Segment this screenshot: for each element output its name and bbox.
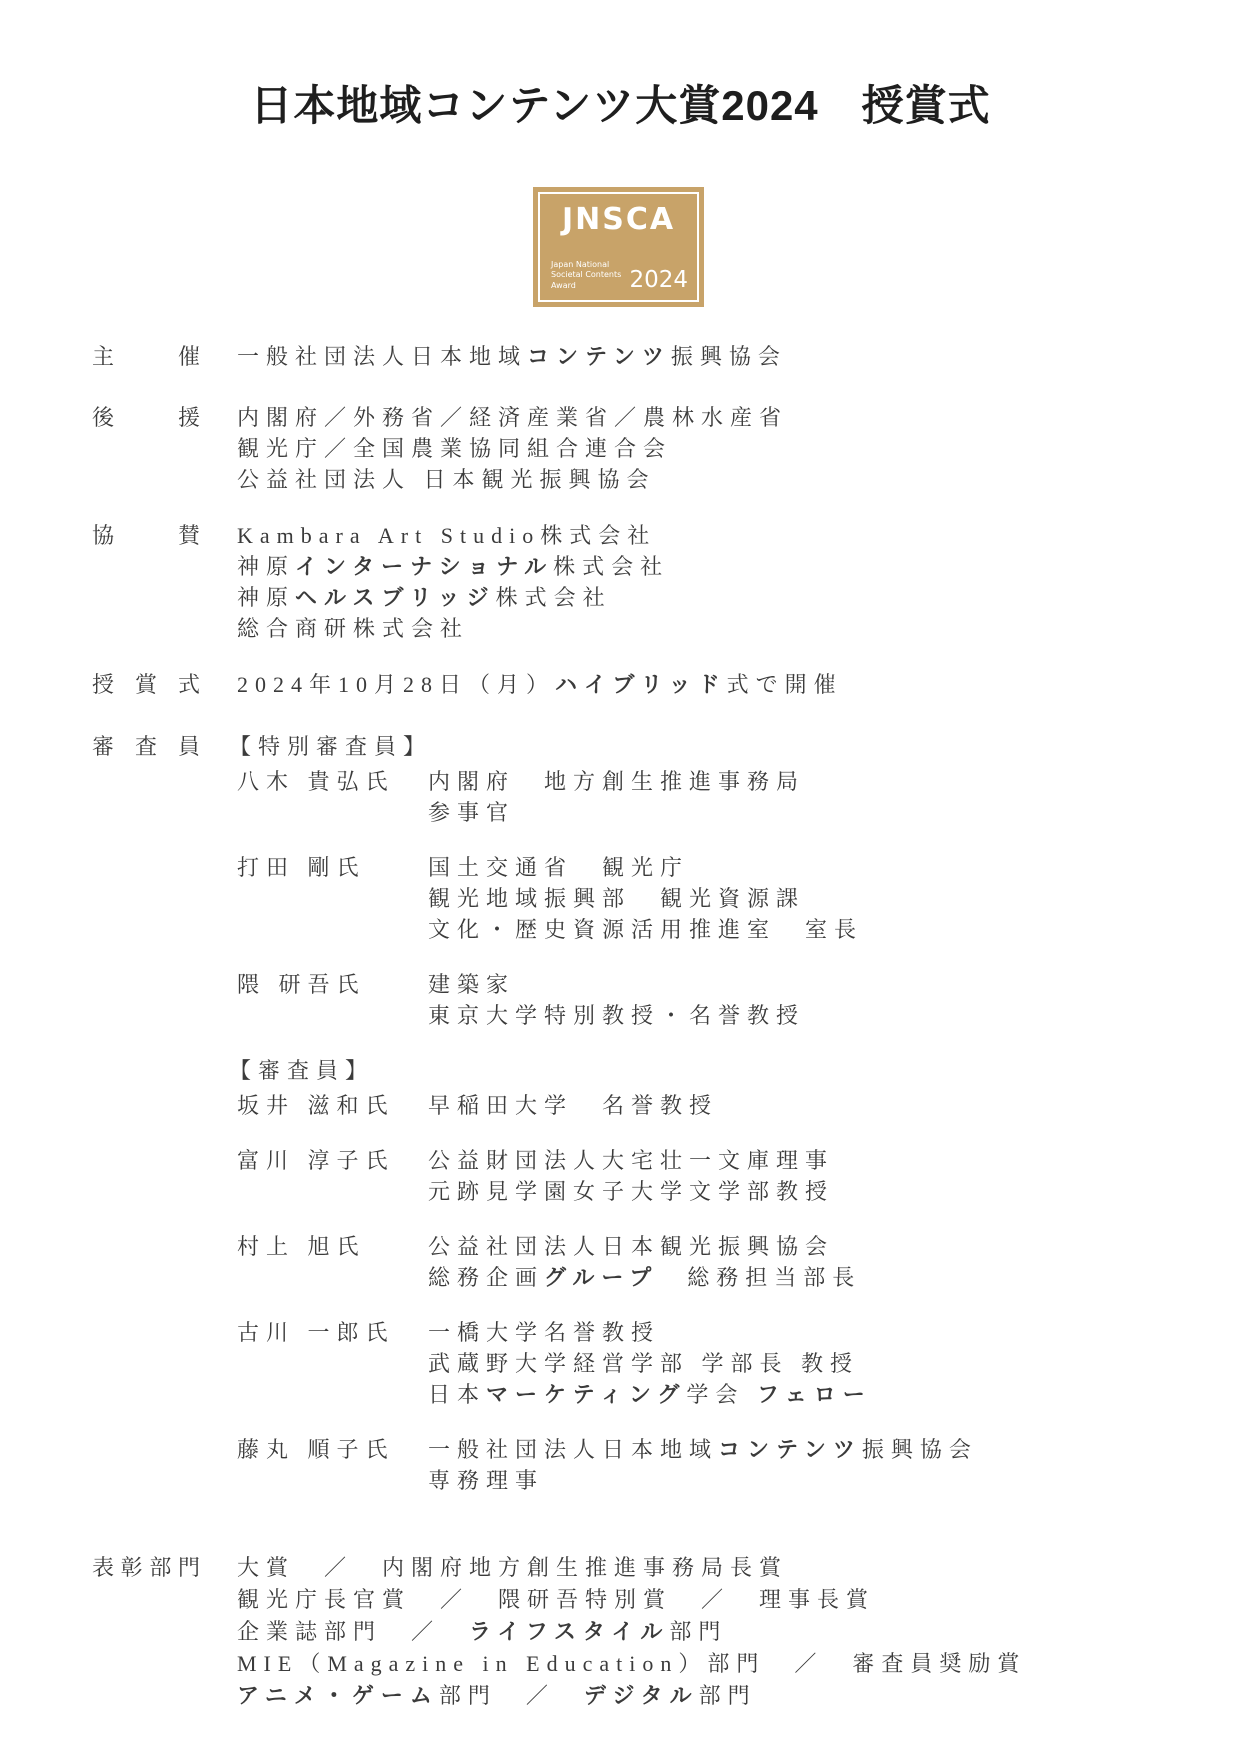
judge-name: 打田 剛氏 [237, 852, 428, 945]
supporters-line: 観光庁／全国農業協同組合連合会 [237, 433, 788, 464]
organizer-content: 一般社団法人日本地域コンテンツ振興協会 [237, 341, 787, 372]
judge-entry: 村上 旭氏 公益社団法人日本観光振興協会 総務企画グループ 総務担当部長 [237, 1231, 978, 1293]
judge-role: 元跡見学園女子大学文学部教授 [428, 1176, 834, 1207]
section-sponsors: 協 賛 Kambara Art Studio株式会社 神原インターナショナル株式… [92, 520, 669, 644]
judge-roles: 公益財団法人大宅壮一文庫理事 元跡見学園女子大学文学部教授 [428, 1145, 834, 1207]
judge-role: 公益社団法人日本観光振興協会 [428, 1231, 861, 1262]
judge-entry: 坂井 滋和氏 早稲田大学 名誉教授 [237, 1090, 978, 1121]
judges-label: 審 査 員 [92, 731, 200, 762]
judge-role: 一橋大学名誉教授 [428, 1317, 872, 1348]
categories-content: 大賞 ／ 内閣府地方創生推進事務局長賞 観光庁長官賞 ／ 隈研吾特別賞 ／ 理事… [237, 1552, 1026, 1712]
label-char: 賞 [135, 669, 157, 700]
judge-entry: 古川 一郎氏 一橋大学名誉教授 武蔵野大学経営学部 学部長 教授 日本マーケティ… [237, 1317, 978, 1410]
special-judges-header: 【特別審査員】 [229, 731, 978, 762]
supporters-label: 後 援 [92, 402, 200, 433]
judge-name: 村上 旭氏 [237, 1231, 428, 1293]
sponsors-line: 神原ヘルスブリッジ株式会社 [237, 582, 669, 613]
judge-roles: 公益社団法人日本観光振興協会 総務企画グループ 総務担当部長 [428, 1231, 861, 1293]
document-page: 日本地域コンテンツ大賞2024 授賞式 JNSCA Japan National… [0, 0, 1241, 1755]
judge-roles: 内閣府 地方創生推進事務局 参事官 [428, 766, 805, 828]
sponsors-line: Kambara Art Studio株式会社 [237, 520, 669, 551]
jnsca-logo: JNSCA Japan National Societal Contents A… [533, 187, 704, 307]
judge-role: 建築家 [428, 969, 805, 1000]
judge-role: 観光地域振興部 観光資源課 [428, 883, 863, 914]
ceremony-line: 2024年10月28日（月）ハイブリッド式で開催 [237, 669, 843, 700]
label-char: 彰 [121, 1552, 143, 1583]
judge-role: 内閣府 地方創生推進事務局 [428, 766, 805, 797]
section-supporters: 後 援 内閣府／外務省／経済産業省／農林水産省 観光庁／全国農業協同組合連合会 … [92, 402, 788, 495]
judge-role: 専務理事 [428, 1465, 978, 1496]
sponsors-content: Kambara Art Studio株式会社 神原インターナショナル株式会社 神… [237, 520, 669, 644]
judge-entry: 八木 貴弘氏 内閣府 地方創生推進事務局 参事官 [237, 766, 978, 828]
judge-name: 隈 研吾氏 [237, 969, 428, 1031]
judge-role: 公益財団法人大宅壮一文庫理事 [428, 1145, 834, 1176]
judge-roles: 建築家 東京大学特別教授・名誉教授 [428, 969, 805, 1031]
judges-content: 【特別審査員】 八木 貴弘氏 内閣府 地方創生推進事務局 参事官 打田 剛氏 国… [237, 731, 978, 1496]
logo-acronym: JNSCA [562, 205, 675, 235]
judge-entry: 打田 剛氏 国土交通省 観光庁 観光地域振興部 観光資源課 文化・歴史資源活用推… [237, 852, 978, 945]
judge-name: 八木 貴弘氏 [237, 766, 428, 828]
label-char: 式 [178, 669, 200, 700]
judge-name: 富川 淳子氏 [237, 1145, 428, 1207]
judge-entry: 藤丸 順子氏 一般社団法人日本地域コンテンツ振興協会 専務理事 [237, 1434, 978, 1496]
organizer-line: 一般社団法人日本地域コンテンツ振興協会 [237, 341, 787, 372]
organizer-label: 主 催 [92, 341, 200, 372]
judge-role: 文化・歴史資源活用推進室 室長 [428, 914, 863, 945]
judge-roles: 国土交通省 観光庁 観光地域振興部 観光資源課 文化・歴史資源活用推進室 室長 [428, 852, 863, 945]
judge-role: 総務企画グループ 総務担当部長 [428, 1262, 861, 1293]
logo-subtitle-line1: Japan National [551, 260, 629, 271]
label-char: 催 [178, 341, 200, 372]
judge-entry: 隈 研吾氏 建築家 東京大学特別教授・名誉教授 [237, 969, 978, 1031]
sponsors-label: 協 賛 [92, 520, 200, 551]
sponsors-line: 総合商研株式会社 [237, 613, 669, 644]
supporters-line: 内閣府／外務省／経済産業省／農林水産省 [237, 402, 788, 433]
judge-entry: 富川 淳子氏 公益財団法人大宅壮一文庫理事 元跡見学園女子大学文学部教授 [237, 1145, 978, 1207]
logo-border: JNSCA Japan National Societal Contents A… [538, 192, 699, 302]
category-line: MIE（Magazine in Education）部門 ／ 審査員奨励賞 [237, 1648, 1026, 1680]
ceremony-content: 2024年10月28日（月）ハイブリッド式で開催 [237, 669, 843, 700]
category-line: 企業誌部門 ／ ライフスタイル部門 [237, 1616, 1026, 1648]
logo-subtitle-line2: Societal Contents Award [551, 270, 629, 292]
judge-name: 古川 一郎氏 [237, 1317, 428, 1410]
section-judges: 審 査 員 【特別審査員】 八木 貴弘氏 内閣府 地方創生推進事務局 参事官 打… [92, 731, 978, 1496]
judge-role: 早稲田大学 名誉教授 [428, 1090, 718, 1121]
logo-subtitle: Japan National Societal Contents Award [551, 260, 629, 292]
logo-bottom-row: Japan National Societal Contents Award 2… [540, 260, 697, 300]
label-char: 協 [92, 520, 114, 551]
category-line: 大賞 ／ 内閣府地方創生推進事務局長賞 [237, 1552, 1026, 1584]
sponsors-line: 神原インターナショナル株式会社 [237, 551, 669, 582]
label-char: 主 [92, 341, 114, 372]
judge-role: 参事官 [428, 797, 805, 828]
regular-judges-header: 【審査員】 [229, 1055, 978, 1086]
section-categories: 表 彰 部 門 大賞 ／ 内閣府地方創生推進事務局長賞 観光庁長官賞 ／ 隈研吾… [92, 1552, 1026, 1712]
label-char: 員 [178, 731, 200, 762]
label-char: 後 [92, 402, 114, 433]
categories-label: 表 彰 部 門 [92, 1552, 200, 1583]
logo-year: 2024 [629, 269, 688, 292]
judge-roles: 一橋大学名誉教授 武蔵野大学経営学部 学部長 教授 日本マーケティング学会 フェ… [428, 1317, 872, 1410]
judge-roles: 早稲田大学 名誉教授 [428, 1090, 718, 1121]
judge-name: 坂井 滋和氏 [237, 1090, 428, 1121]
label-char: 門 [178, 1552, 200, 1583]
section-organizer: 主 催 一般社団法人日本地域コンテンツ振興協会 [92, 341, 787, 372]
section-ceremony: 授 賞 式 2024年10月28日（月）ハイブリッド式で開催 [92, 669, 843, 700]
label-char: 援 [178, 402, 200, 433]
category-line: 観光庁長官賞 ／ 隈研吾特別賞 ／ 理事長賞 [237, 1584, 1026, 1616]
label-char: 授 [92, 669, 114, 700]
supporters-content: 内閣府／外務省／経済産業省／農林水産省 観光庁／全国農業協同組合連合会 公益社団… [237, 402, 788, 495]
label-char: 査 [135, 731, 157, 762]
judge-name: 藤丸 順子氏 [237, 1434, 428, 1496]
judge-roles: 一般社団法人日本地域コンテンツ振興協会 専務理事 [428, 1434, 978, 1496]
supporters-line: 公益社団法人 日本観光振興協会 [237, 464, 788, 495]
judge-role: 東京大学特別教授・名誉教授 [428, 1000, 805, 1031]
label-char: 賛 [178, 520, 200, 551]
label-char: 表 [92, 1552, 114, 1583]
judge-role: 武蔵野大学経営学部 学部長 教授 [428, 1348, 872, 1379]
label-char: 部 [149, 1552, 171, 1583]
label-char: 審 [92, 731, 114, 762]
ceremony-label: 授 賞 式 [92, 669, 200, 700]
judge-role: 国土交通省 観光庁 [428, 852, 863, 883]
judge-role: 日本マーケティング学会 フェロー [428, 1379, 872, 1410]
category-line: アニメ・ゲーム部門 ／ デジタル部門 [237, 1680, 1026, 1712]
page-title: 日本地域コンテンツ大賞2024 授賞式 [0, 82, 1241, 130]
judge-role: 一般社団法人日本地域コンテンツ振興協会 [428, 1434, 978, 1465]
